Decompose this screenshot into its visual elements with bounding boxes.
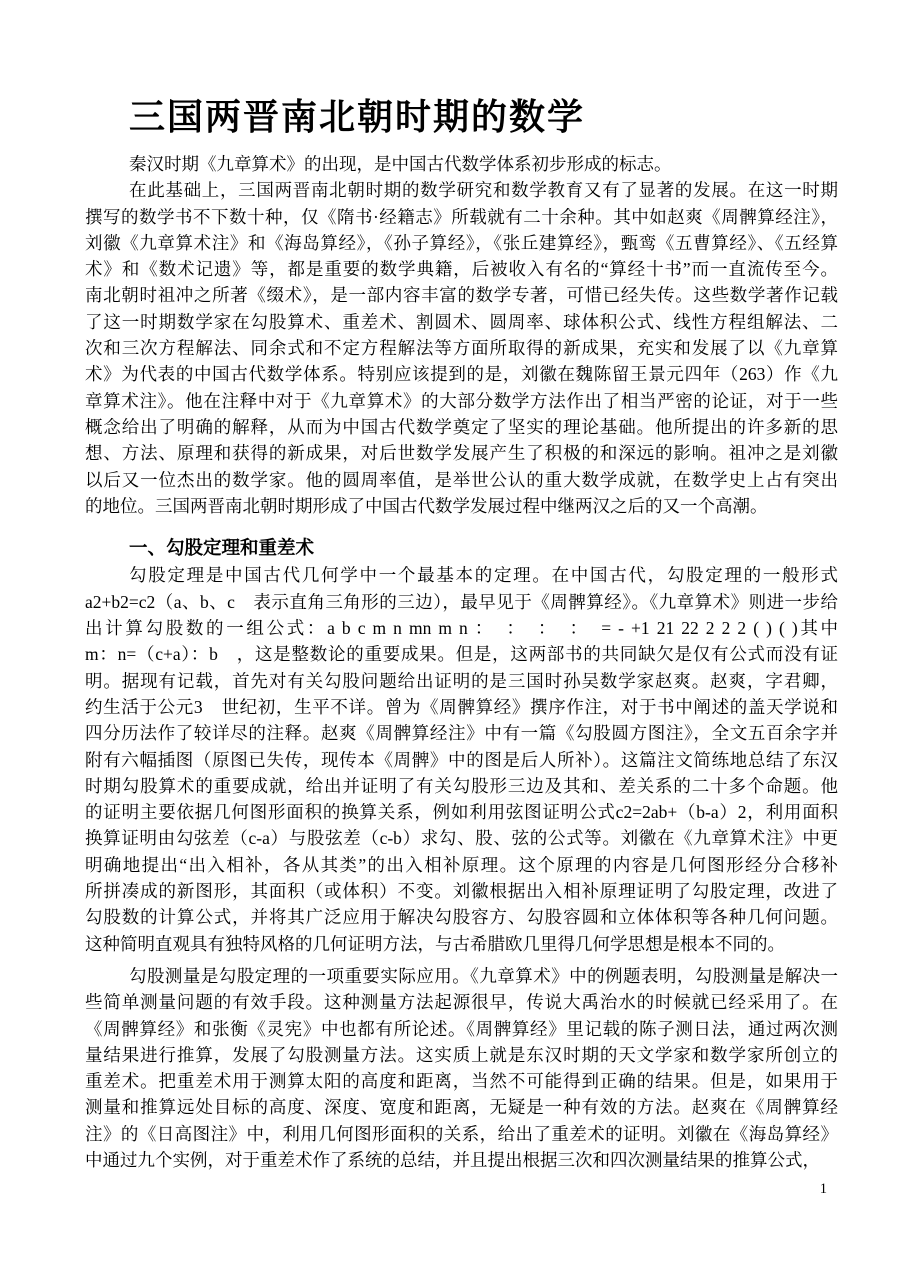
text-line: 南北朝时祖冲之所著《缀术》，是一部内容丰富的数学专著，可惜已经失传。这些数学著作…	[85, 282, 838, 308]
text-line: 些简单测量问题的有效手段。这种测量方法起源很早，传说大禹治水的时候就已经采用了。…	[85, 989, 838, 1015]
text-line: 的证明主要依据几何图形面积的换算关系，例如利用弦图证明公式c2=2ab+（b-a…	[85, 799, 838, 825]
text-line: 勾股定理是中国古代几何学中一个最基本的定理。在中国古代，勾股定理的一般形式	[85, 562, 838, 588]
text-line: 注》的《日高图注》中，利用几何图形面积的关系，给出了重差术的证明。刘徽在《海岛算…	[85, 1121, 838, 1147]
text-line: 在此基础上，三国两晋南北朝时期的数学研究和数学教育又有了显著的发展。在这一时期	[85, 177, 838, 203]
text-line: 测量和推算远处目标的高度、深度、宽度和距离，无疑是一种有效的方法。赵爽在《周髀算…	[85, 1094, 838, 1120]
page-number: 1	[820, 1180, 827, 1198]
text-line: 时期勾股算术的重要成就，给出并证明了有关勾股形三边及其和、差关系的二十多个命题。…	[85, 773, 838, 799]
paragraph: 在此基础上，三国两晋南北朝时期的数学研究和数学教育又有了显著的发展。在这一时期撰…	[85, 177, 838, 519]
text-line: 次和三次方程解法、同余式和不定方程解法等方面所取得的新成果，充实和发展了以《九章…	[85, 335, 838, 361]
text-line: 所拼凑成的新图形，其面积（或体积）不变。刘徽根据出入相补原理证明了勾股定理，改进…	[85, 878, 838, 904]
text-line: 《周髀算经》和张衡《灵宪》中也都有所论述。《周髀算经》里记载的陈子测日法，通过两…	[85, 1016, 838, 1042]
text-line: 出计算勾股数的一组公式：a b c m n mn m n ： ： ： ： = -…	[85, 615, 838, 641]
text-line: 重差术。把重差术用于测算太阳的高度和距离，当然不可能得到正确的结果。但是，如果用…	[85, 1068, 838, 1094]
text-line: 撰写的数学书不下数十种，仅《隋书·经籍志》所载就有二十余种。其中如赵爽《周髀算经…	[85, 204, 838, 230]
document-body: 三国两晋南北朝时期的数学 秦汉时期《九章算术》的出现，是中国古代数学体系初步形成…	[85, 95, 838, 1173]
text-line: 秦汉时期《九章算术》的出现，是中国古代数学体系初步形成的标志。	[85, 151, 838, 177]
text-line: 约生活于公元3 世纪初，生平不详。曾为《周髀算经》撰序作注，对于书中阐述的盖天学…	[85, 694, 838, 720]
text-line: 了这一时期数学家在勾股算术、重差术、割圆术、圆周率、球体积公式、线性方程组解法、…	[85, 309, 838, 335]
text-line: 概念给出了明确的解释，从而为中国古代数学奠定了坚实的理论基础。他所提出的许多新的…	[85, 414, 838, 440]
text-line: a2+b2=c2（a、b、c 表示直角三角形的三边），最早见于《周髀算经》。《九…	[85, 589, 838, 615]
paragraph: 秦汉时期《九章算术》的出现，是中国古代数学体系初步形成的标志。	[85, 151, 838, 177]
text-line: 这种简明直观具有独特风格的几何证明方法，与古希腊欧几里得几何学思想是根本不同的。	[85, 931, 838, 957]
paragraph: 勾股定理是中国古代几何学中一个最基本的定理。在中国古代，勾股定理的一般形式a2+…	[85, 562, 838, 956]
text-line: 以后又一位杰出的数学家。他的圆周率值，是举世公认的重大数学成就，在数学史上占有突…	[85, 467, 838, 493]
text-line: m：n=（c+a）：b ，这是整数论的重要成果。但是，这两部书的共同缺欠是仅有公…	[85, 641, 838, 667]
text-line: 量结果进行推算，发展了勾股测量方法。这实质上就是东汉时期的天文学家和数学家所创立…	[85, 1042, 838, 1068]
text-line: 四分历法作了较详尽的注释。赵爽《周髀算经注》中有一篇《勾股圆方图注》，全文五百余…	[85, 720, 838, 746]
text-line: 换算证明由勾弦差（c-a）与股弦差（c-b）求勾、股、弦的公式等。刘徽在《九章算…	[85, 825, 838, 851]
text-line: 明确地提出“出入相补，各从其类”的出入相补原理。这个原理的内容是几何图形经分合移…	[85, 852, 838, 878]
text-line: 附有六幅插图（原图已失传，现传本《周髀》中的图是后人所补）。这篇注文简练地总结了…	[85, 747, 838, 773]
document-title: 三国两晋南北朝时期的数学	[85, 95, 838, 140]
section-heading: 一、勾股定理和重差术	[85, 536, 838, 562]
paragraph: 勾股测量是勾股定理的一项重要实际应用。《九章算术》中的例题表明，勾股测量是解决一…	[85, 963, 838, 1173]
text-line: 术》为代表的中国古代数学体系。特别应该提到的是，刘徽在魏陈留王景元四年（263）…	[85, 361, 838, 387]
text-line: 勾股测量是勾股定理的一项重要实际应用。《九章算术》中的例题表明，勾股测量是解决一	[85, 963, 838, 989]
text-line: 术》和《数术记遗》等，都是重要的数学典籍，后被收入有名的“算经十书”而一直流传至…	[85, 256, 838, 282]
text-line: 刘徽《九章算术注》和《海岛算经》，《孙子算经》，《张丘建算经》，甄鸾《五曹算经》…	[85, 230, 838, 256]
text-line: 的地位。三国两晋南北朝时期形成了中国古代数学发展过程中继两汉之后的又一个高潮。	[85, 493, 838, 519]
text-line: 中通过九个实例，对于重差术作了系统的总结，并且提出根据三次和四次测量结果的推算公…	[85, 1147, 838, 1173]
text-line: 勾股数的计算公式，并将其广泛应用于解决勾股容方、勾股容圆和立体体积等各种几何问题…	[85, 904, 838, 930]
text-line: 明。据现有记载，首先对有关勾股问题给出证明的是三国时孙吴数学家赵爽。赵爽，字君卿…	[85, 668, 838, 694]
text-line: 想、方法、原理和获得的新成果，对后世数学发展产生了积极的和深远的影响。祖冲之是刘…	[85, 440, 838, 466]
document-page: 三国两晋南北朝时期的数学 秦汉时期《九章算术》的出现，是中国古代数学体系初步形成…	[0, 0, 922, 1276]
text-line: 章算术注》。他在注释中对于《九章算术》的大部分数学方法作出了相当严密的论证，对于…	[85, 388, 838, 414]
